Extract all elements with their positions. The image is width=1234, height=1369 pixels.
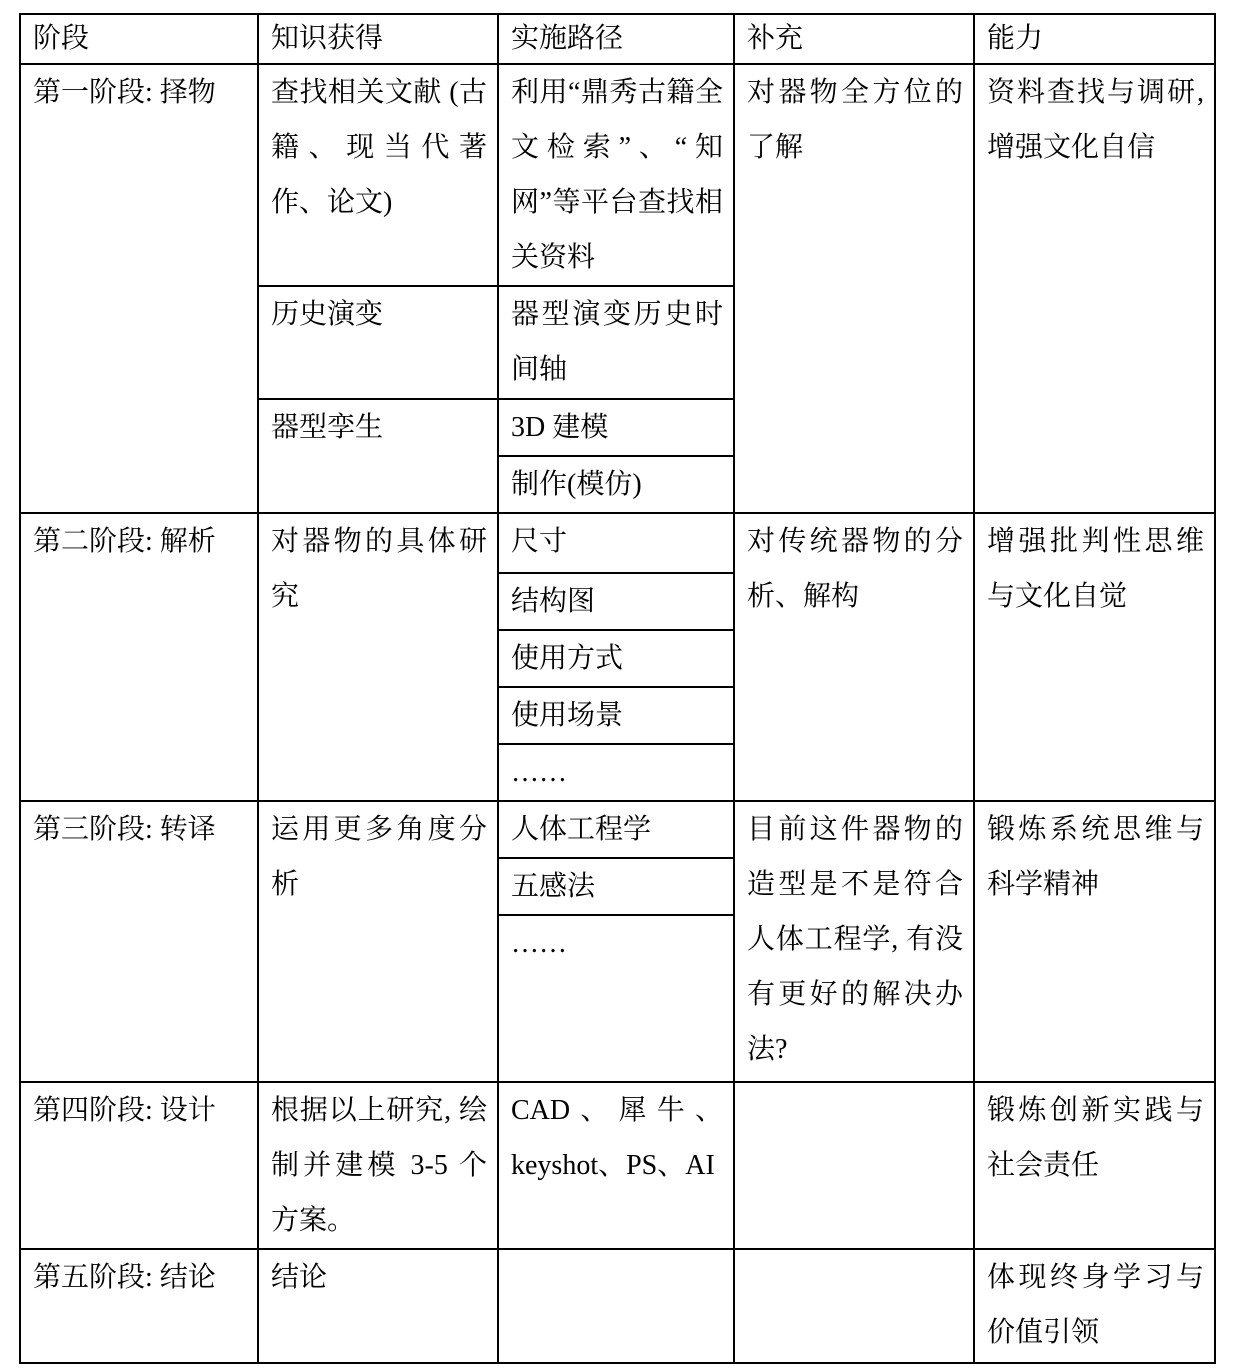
stage4-path-cell: CAD、犀牛、keyshot、PS、AI <box>498 1082 734 1249</box>
stage3-path-cell-2: 五感法 <box>498 858 734 915</box>
stage3-ability-cell: 锻炼系统思维与科学精神 <box>974 801 1215 1082</box>
stage5-path-cell-empty <box>498 1249 734 1363</box>
stage1-path-cell-4: 制作(模仿) <box>498 456 734 513</box>
stage4-name-cell: 第四阶段: 设计 <box>20 1082 258 1249</box>
stage2-name-cell: 第二阶段: 解析 <box>20 513 258 801</box>
stage5-ability-cell: 体现终身学习与价值引领 <box>974 1249 1215 1363</box>
stage1-path-cell-2: 器型演变历史时间轴 <box>498 286 734 399</box>
stage4-supplement-cell-empty <box>734 1082 974 1249</box>
stage1-ability-cell: 资料查找与调研, 增强文化自信 <box>974 64 1215 513</box>
stage3-name-cell: 第三阶段: 转译 <box>20 801 258 1082</box>
table-row: 第三阶段: 转译 运用更多角度分析 人体工程学 目前这件器物的造型是不是符合人体… <box>20 801 1215 858</box>
header-cell-stage: 阶段 <box>20 14 258 64</box>
header-cell-knowledge: 知识获得 <box>258 14 498 64</box>
header-cell-ability: 能力 <box>974 14 1215 64</box>
stage1-name-cell: 第一阶段: 择物 <box>20 64 258 513</box>
stage5-name-cell: 第五阶段: 结论 <box>20 1249 258 1363</box>
stage3-supplement-cell: 目前这件器物的造型是不是符合人体工程学, 有没有更好的解决办法? <box>734 801 974 1082</box>
header-row: 阶段 知识获得 实施路径 补充 能力 <box>20 14 1215 64</box>
stage4-knowledge-cell: 根据以上研究, 绘制并建模 3-5 个方案。 <box>258 1082 498 1249</box>
header-cell-supplement: 补充 <box>734 14 974 64</box>
table-row: 第五阶段: 结论 结论 体现终身学习与价值引领 <box>20 1249 1215 1363</box>
stage1-path-cell-1: 利用“鼎秀古籍全文检索”、“知网”等平台查找相关资料 <box>498 64 734 286</box>
stage3-path-cell-3: …… <box>498 915 734 1082</box>
stage2-ability-cell: 增强批判性思维与文化自觉 <box>974 513 1215 801</box>
stage5-supplement-cell-empty <box>734 1249 974 1363</box>
stage1-path-cell-3: 3D 建模 <box>498 399 734 456</box>
stage3-knowledge-cell: 运用更多角度分析 <box>258 801 498 1082</box>
stage1-knowledge-cell-3: 器型孪生 <box>258 399 498 513</box>
stage3-path-cell-1: 人体工程学 <box>498 801 734 858</box>
stage2-path-cell-1: 尺寸 <box>498 513 734 573</box>
process-table: 阶段 知识获得 实施路径 补充 能力 第一阶段: 择物 查找相关文献 (古籍、现… <box>19 13 1216 1364</box>
stage2-path-cell-4: 使用场景 <box>498 687 734 744</box>
stage1-knowledge-cell-1: 查找相关文献 (古籍、现当代著作、论文) <box>258 64 498 286</box>
stage4-ability-cell: 锻炼创新实践与社会责任 <box>974 1082 1215 1249</box>
stage2-knowledge-cell: 对器物的具体研究 <box>258 513 498 801</box>
stage2-path-cell-3: 使用方式 <box>498 630 734 687</box>
stage1-knowledge-cell-2: 历史演变 <box>258 286 498 399</box>
stage2-path-cell-5: …… <box>498 744 734 801</box>
stage1-supplement-cell: 对器物全方位的了解 <box>734 64 974 513</box>
table-row: 第四阶段: 设计 根据以上研究, 绘制并建模 3-5 个方案。 CAD、犀牛、k… <box>20 1082 1215 1249</box>
stage5-knowledge-cell: 结论 <box>258 1249 498 1363</box>
stage2-supplement-cell: 对传统器物的分析、解构 <box>734 513 974 801</box>
stage2-path-cell-2: 结构图 <box>498 573 734 630</box>
table-row: 第二阶段: 解析 对器物的具体研究 尺寸 对传统器物的分析、解构 增强批判性思维… <box>20 513 1215 573</box>
table-row: 第一阶段: 择物 查找相关文献 (古籍、现当代著作、论文) 利用“鼎秀古籍全文检… <box>20 64 1215 286</box>
header-cell-path: 实施路径 <box>498 14 734 64</box>
